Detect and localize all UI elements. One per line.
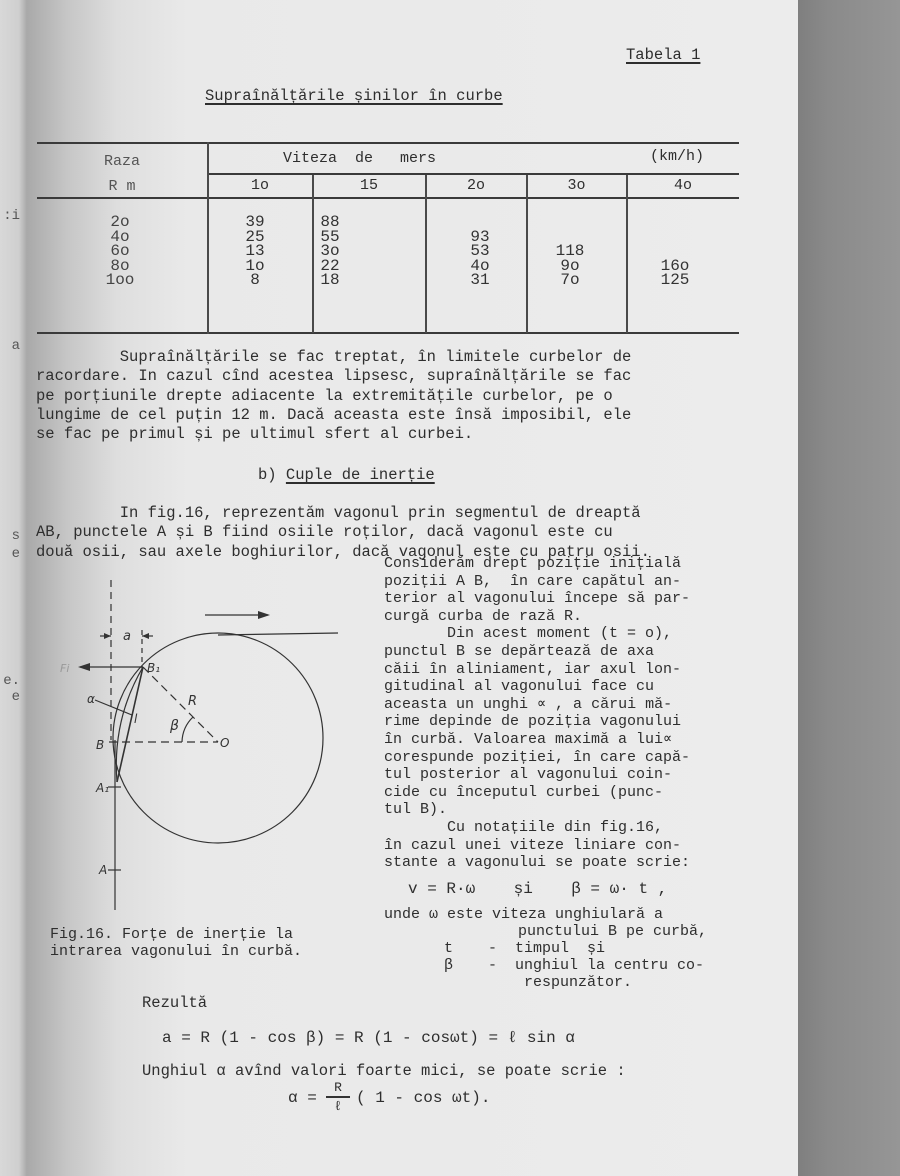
speed-col-header: 4o [627,177,739,194]
figure-caption-line2: intrarea vagonului în curbă. [50,943,302,960]
page-fragment: a [0,338,20,354]
previous-page-edge: :i a s e e. e [0,0,27,1176]
speed-col-header: 1o [208,177,312,194]
label-a1: A₁ [95,781,109,795]
table-label: Tabela 1 [626,46,700,65]
label-alpha: α [87,692,95,706]
speed-col-header: 2o [426,177,526,194]
label-force: Fi [60,662,69,675]
values-column-30: 1189o7o [545,215,595,288]
page-fragment: :i [0,208,20,224]
radius-header: Raza [37,153,207,170]
symbol-t: t [444,940,453,957]
speed-col-header: 3o [527,177,626,194]
label-l: l [134,712,138,726]
symbol-beta: β [444,957,453,974]
label-b: B [96,738,104,752]
radius-column: 2o4o6o8o1oo [95,215,145,288]
label-r: R [188,694,197,709]
section-title: Cuple de inerție [286,466,435,484]
values-column-40: 16o125 [650,215,700,288]
values-column-20: 93534o31 [455,215,505,288]
label-o: O [220,736,229,750]
definition-omega: unde ω este viteza unghiulară a [384,906,663,923]
label-b1: B₁ [147,661,160,675]
paragraph-superelevation: Supraînălțările se fac treptat, în limit… [36,348,631,444]
speed-header: Viteza de mers [283,150,436,167]
table-title: Supraînălțările șinilor în curbe [205,87,503,106]
values-column-10: 3925131o8 [230,215,280,288]
section-heading: b) Cuple de inerție [258,466,435,485]
page-fragment: e [0,546,20,562]
paragraph-figure-intro: In fig.16, reprezentăm vagonul prin segm… [36,504,650,562]
definition-omega-cont: punctului B pe curbă, [518,923,707,940]
values-column-15: 88553o2218 [305,215,355,288]
formula-displacement: a = R (1 - cos β) = R (1 - cosωt) = ℓ si… [162,1029,575,1047]
result-label: Rezultă [142,994,207,1013]
approximation-text: Unghiul α avînd valori foarte mici, se p… [142,1062,626,1081]
formula-velocity: v = R·ω și β = ω· t , [408,880,667,898]
page-fragment: s [0,528,20,544]
definition-beta-cont: respunzător. [524,974,632,991]
book-gutter [798,0,900,1176]
page-fragment: e [0,689,20,705]
figure-caption: Fig.16. Forțe de inerție la [50,926,293,943]
radius-unit-header: R m [37,178,207,195]
side-column-text: Considerăm drept poziție inițialăpoziții… [384,555,690,872]
definition-beta: - unghiul la centru co- [488,957,704,974]
curve-circle [113,633,323,843]
label-beta: β [169,718,179,734]
figure-16-diagram: a B₁ Fi α l R β O B A₁ A [50,570,350,920]
page-fragment: e. [0,673,20,689]
definition-t: - timpul și [488,940,605,957]
speed-unit: (km/h) [650,148,704,165]
speed-col-header: 15 [313,177,425,194]
label-a-point: A [98,863,107,877]
label-a: a [123,629,131,644]
